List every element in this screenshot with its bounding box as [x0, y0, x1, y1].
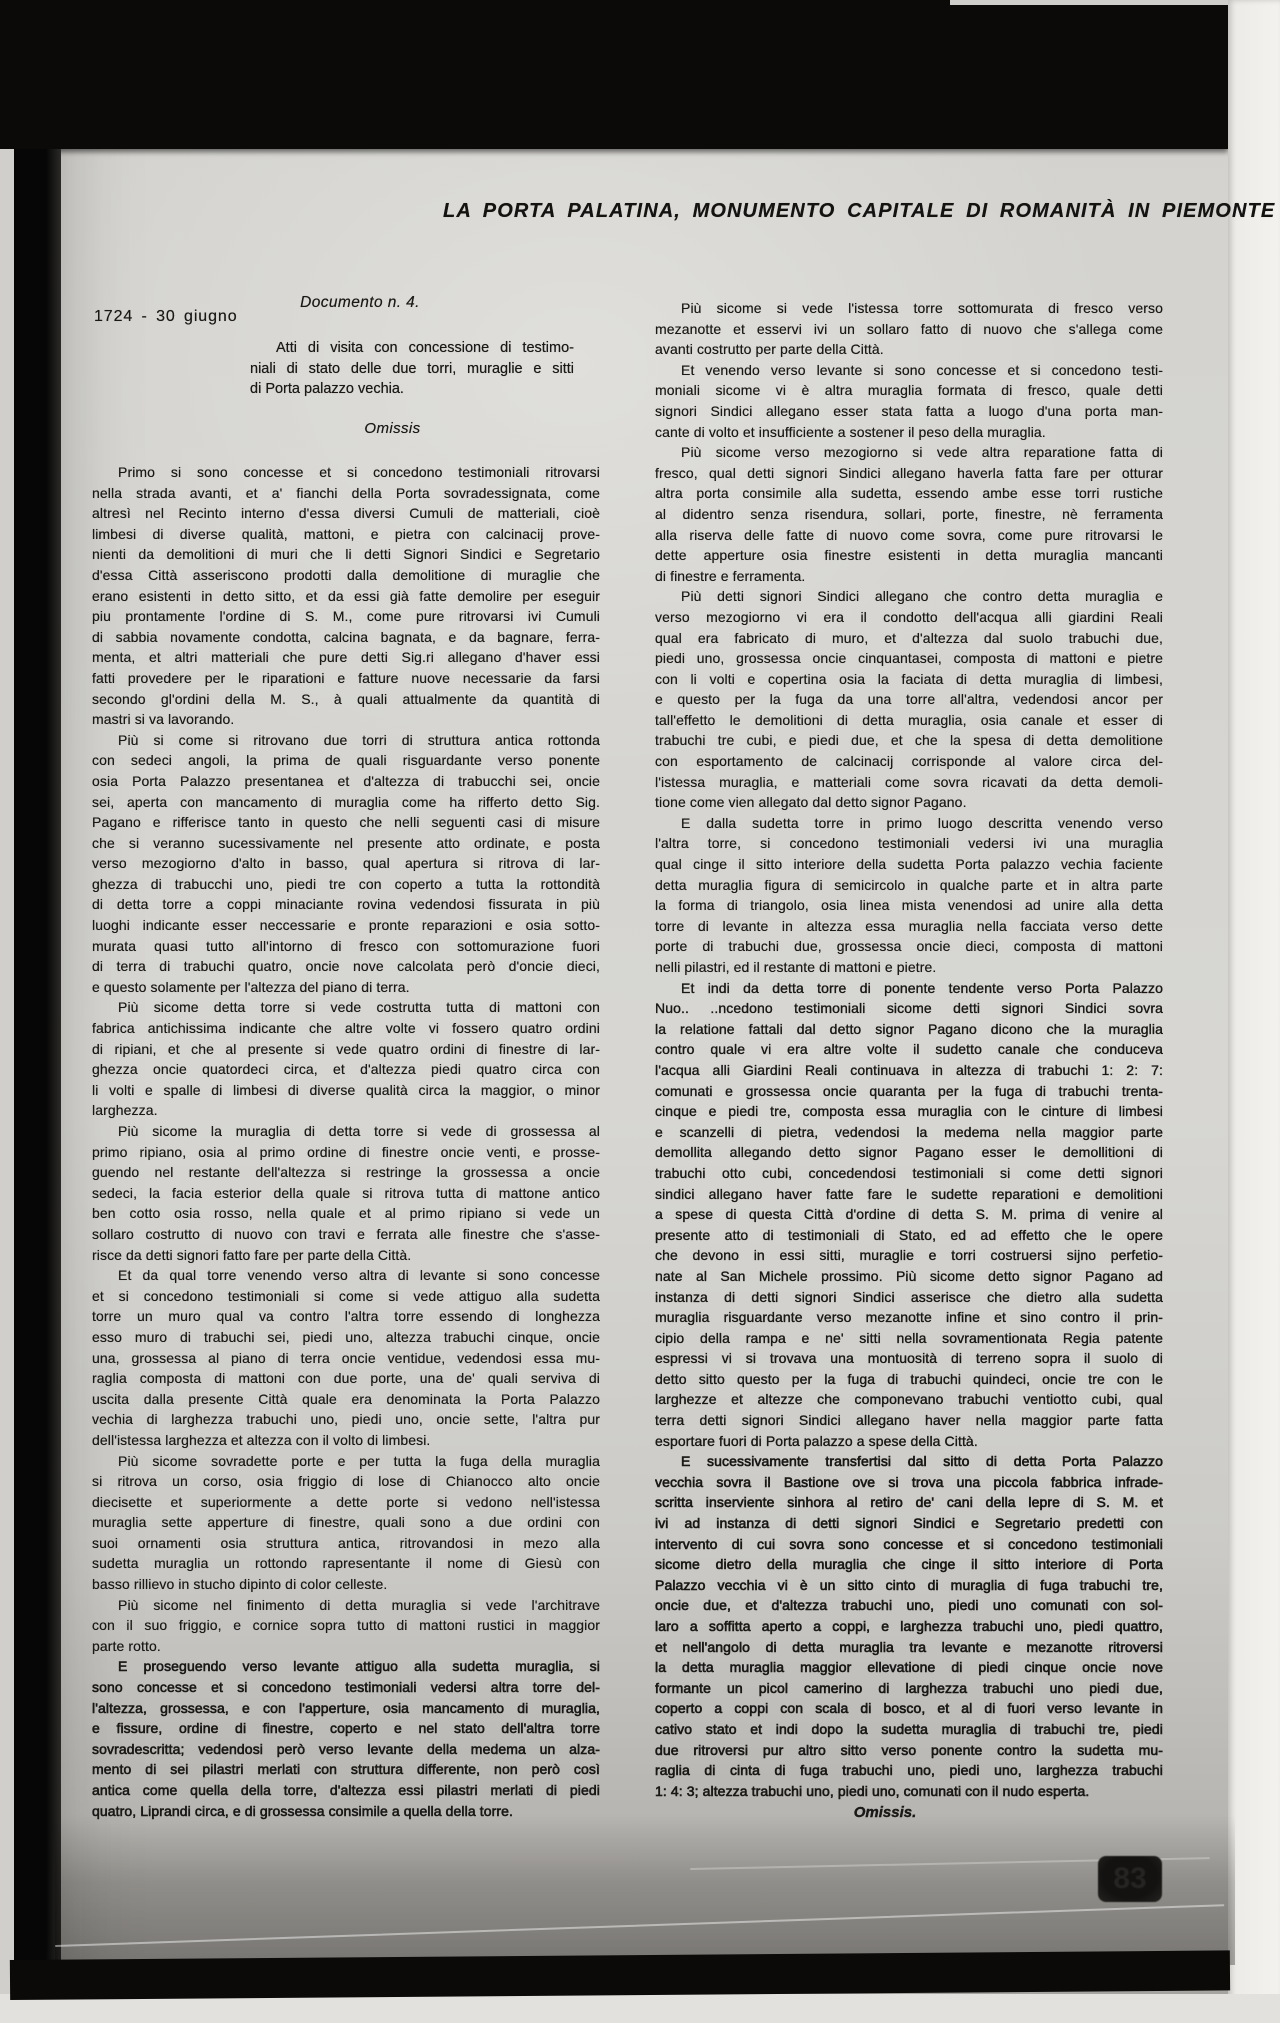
text-line: scritta inserviente sinhora al retiro de…: [655, 1492, 1163, 1513]
text-line: ghezza oncie quatordeci circa, et d'alte…: [92, 1059, 600, 1080]
text-line: la forma di triangolo, osia linea mista …: [655, 895, 1163, 916]
text-line: alla riserva delle fatte di nuovo come s…: [655, 525, 1163, 546]
book-gutter-shadow: [14, 149, 61, 1981]
text-line: ghezza di trabucchi uno, piedi tre con c…: [92, 874, 600, 895]
text-line: di Porta palazzo vechia.: [250, 379, 574, 400]
text-line: esportare fuori di Porta palazzo a spese…: [655, 1431, 1163, 1452]
text-line: fatti provedere per le riparationi e fat…: [92, 668, 600, 689]
text-line: intervento di cui sovra sono concesse et…: [655, 1534, 1163, 1555]
text-line: verso mezogiorno vi era il condotto dell…: [655, 607, 1163, 628]
text-line: vecchia sovra il Bastione ove si trova u…: [655, 1472, 1163, 1493]
text-line: raglia composta di mattoni con due porte…: [92, 1368, 600, 1389]
paragraph: Et da qual torre venendo verso altra di …: [92, 1265, 600, 1450]
text-line: muraglia sette apperture di finestre, qu…: [92, 1512, 600, 1533]
text-line: et si concedono testimoniali si come si …: [92, 1286, 600, 1307]
text-line: Più detti signori Sindici allegano che c…: [655, 586, 1163, 607]
text-line: altresì nel Recinto interno d'essa diver…: [92, 503, 600, 524]
paragraph: Più sicome detta torre si vede costrutta…: [92, 997, 600, 1121]
text-line: dette apperture osia finestre esistenti …: [655, 545, 1163, 566]
text-line: che devono in essi sitti, muraglie e tor…: [655, 1245, 1163, 1266]
text-line: cinque e piedi tre, composta essa muragl…: [655, 1101, 1163, 1122]
text-line: Et indi da detta torre di ponente tenden…: [655, 978, 1163, 999]
text-line: fresco, qual detti signori Sindici alleg…: [655, 463, 1163, 484]
paragraph: Primo si sono concesse et si concedono t…: [92, 462, 600, 730]
text-line: con sedeci angoli, la prima de quali ris…: [92, 750, 600, 771]
text-line: li volti e spalle di limbesi di diverse …: [92, 1080, 600, 1101]
text-line: fabrica antichissima indicante che altre…: [92, 1018, 600, 1039]
text-line: E proseguendo verso levante attiguo alla…: [92, 1656, 600, 1677]
text-line: di detta torre a coppi minaciante rovina…: [92, 894, 600, 915]
text-line: ivi ad instanza di detti signori Sindici…: [655, 1513, 1163, 1534]
text-line: qual cinge il sitto interiore della sude…: [655, 854, 1163, 875]
text-line: d'essa Città asseriscono prodotti dalla …: [92, 565, 600, 586]
text-line: ben cotto osia rosso, nella quale et al …: [92, 1203, 600, 1224]
text-line: uscita dalla presente Città quale era de…: [92, 1389, 600, 1410]
text-line: Più sicome verso mezogiorno si vede altr…: [655, 442, 1163, 463]
text-line: primo ripiano, osia al primo ordine di f…: [92, 1142, 600, 1163]
text-line: tall'effetto le demolitioni di detta mur…: [655, 710, 1163, 731]
text-line: di ripiani, et che al presente si vede q…: [92, 1039, 600, 1060]
text-line: muraglia risguardante verso mezanotte in…: [655, 1307, 1163, 1328]
text-line: e questo solamente per l'altezza del pia…: [92, 977, 600, 998]
text-line: demollita allegando detto signor Pagano …: [655, 1142, 1163, 1163]
text-line: cante di volto et insufficiente a sosten…: [655, 422, 1163, 443]
paragraph: Et venendo verso levante si sono concess…: [655, 360, 1163, 442]
text-line: moniali sicome vi è altra muraglia forma…: [655, 380, 1163, 401]
paragraph: Più sicome verso mezogiorno si vede altr…: [655, 442, 1163, 586]
text-line: l'istessa muraglia, e matteriali come so…: [655, 772, 1163, 793]
paragraph: Più sicome la muraglia di detta torre si…: [92, 1121, 600, 1265]
text-line: niali di stato delle due torri, muraglie…: [250, 359, 574, 380]
text-line: sei, aperta con mancamento di muraglia c…: [92, 792, 600, 813]
text-line: la detta muraglia maggior ellevatione di…: [655, 1657, 1163, 1678]
document-summary: Atti di visita con concessione di testim…: [250, 338, 574, 400]
text-line: l'altra torre, si concedono testimoniali…: [655, 833, 1163, 854]
text-line: Più sicome nel finimento di detta muragl…: [92, 1595, 600, 1616]
text-line: Et venendo verso levante si sono concess…: [655, 360, 1163, 381]
paragraph: Più sicome si vede l'istessa torre sotto…: [655, 298, 1163, 360]
paragraph: E dalla sudetta torre in primo luogo des…: [655, 813, 1163, 978]
text-line: e scanzelli di pietra, vedendosi la mede…: [655, 1122, 1163, 1143]
text-line: Palazzo vecchia vi è un sitto cinto di m…: [655, 1575, 1163, 1596]
text-line: instanza di detti signori Sindici asseri…: [655, 1287, 1163, 1308]
text-line: nate al San Michele prossimo. Più sicome…: [655, 1266, 1163, 1287]
left-column: Primo si sono concesse et si concedono t…: [92, 462, 600, 1821]
text-line: presente atto di testimoniali di Stato, …: [655, 1225, 1163, 1246]
photo-top-edge-sliver: [950, 0, 1228, 5]
text-line: si ritrova un corso, osia friggio di los…: [92, 1471, 600, 1492]
text-line: sollaro costrutto di nuovo con travi e f…: [92, 1224, 600, 1245]
text-line: torre di levante in altezza essa muragli…: [655, 916, 1163, 937]
text-line: nienti da demolitioni di muri che li det…: [92, 544, 600, 565]
text-line: larghezza.: [92, 1100, 600, 1121]
text-line: detto sitto questo per la fuga di trabuc…: [655, 1369, 1163, 1390]
text-line: guendo nel restante dell'altezza si rest…: [92, 1162, 600, 1183]
text-line: con esportamento de calcinacij corrispon…: [655, 751, 1163, 772]
text-line: luoghi indicante esser neccessarie e pro…: [92, 915, 600, 936]
text-line: antica come quella della torre, d'altezz…: [92, 1780, 600, 1801]
text-line: mento di sei pilastri merlati con strutt…: [92, 1759, 600, 1780]
page-number-badge: 83: [1098, 1856, 1162, 1902]
text-line: nelli pilastri, ed il restante di matton…: [655, 957, 1163, 978]
text-line: vechia di larghezza trabuchi uno, piedi …: [92, 1409, 600, 1430]
text-line: comunati e grossessa oncie quaranta per …: [655, 1081, 1163, 1102]
text-line: piu prontamente l'ordine di S. M., come …: [92, 606, 600, 627]
paragraph: Più sicome sovradette porte e per tutta …: [92, 1451, 600, 1595]
text-line: raglia di cinta di fuga trabuchi uno, pi…: [655, 1760, 1163, 1781]
text-line: 1: 4: 3; altezza trabuchi uno, piedi uno…: [655, 1781, 1163, 1802]
text-line: Primo si sono concesse et si concedono t…: [92, 462, 600, 483]
text-line: E dalla sudetta torre in primo luogo des…: [655, 813, 1163, 834]
text-line: la relatione fattali dal detto signor Pa…: [655, 1019, 1163, 1040]
text-line: signori Sindici allegano esser stata fat…: [655, 401, 1163, 422]
text-line: di sabbia novamente condotta, calcina ba…: [92, 627, 600, 648]
text-line: coperto a coppi con scala di bosco, et a…: [655, 1698, 1163, 1719]
text-line: porte di trabuchi due, grossessa oncie d…: [655, 936, 1163, 957]
document-number: Documento n. 4.: [170, 294, 550, 312]
text-line: mastri si va lavorando.: [92, 709, 600, 730]
text-line: di finestre e ferramenta.: [655, 566, 1163, 587]
text-line: e questo per la fuga da una torre all'al…: [655, 689, 1163, 710]
text-line: larghezze et altezze che componevano tra…: [655, 1389, 1163, 1410]
text-line: piedi uno, grossessa oncie cinquantasei,…: [655, 648, 1163, 669]
text-line: di terra di trabuchi quatro, oncie nove …: [92, 956, 600, 977]
text-line: trabuchi otto cubi, concedendosi testimo…: [655, 1163, 1163, 1184]
text-line: e fissure, ordine di finestre, coperto e…: [92, 1718, 600, 1739]
text-line: diecisette et superiormente a dette port…: [92, 1492, 600, 1513]
text-line: Et da qual torre venendo verso altra di …: [92, 1265, 600, 1286]
text-line: Più si come si ritrovano due torri di st…: [92, 730, 600, 751]
text-line: Più sicome detta torre si vede costrutta…: [92, 997, 600, 1018]
text-line: menta, et altri matteriali che pure dett…: [92, 647, 600, 668]
text-line: tione come vien allegato dal detto signo…: [655, 792, 1163, 813]
text-line: con il suo friggio, e cornice sopra tutt…: [92, 1615, 600, 1636]
text-line: altra porta consimile alla sudetta, esse…: [655, 483, 1163, 504]
omissis-marker-top: Omissis: [250, 420, 535, 437]
text-line: basso rillievo in stucho dipinto di colo…: [92, 1574, 600, 1595]
text-line: Più sicome si vede l'istessa torre sotto…: [655, 298, 1163, 319]
text-line: erano esistenti in detto sitto, et da es…: [92, 586, 600, 607]
text-line: sovradescritta; vedendosi però verso lev…: [92, 1739, 600, 1760]
text-line: secondo gl'ordini della M. S., à quali a…: [92, 689, 600, 710]
text-line: risce da detti signori fatto fare per pa…: [92, 1245, 600, 1266]
text-line: qual era fabricato di muro, et d'altezza…: [655, 628, 1163, 649]
text-line: formante un picol camerino di larghezza …: [655, 1678, 1163, 1699]
text-line: sicome dietro della muraglia che cinge i…: [655, 1554, 1163, 1575]
text-line: con li volti e copertina osia la faciata…: [655, 669, 1163, 690]
text-line: esso muro di trabuchi sei, piedi uno, al…: [92, 1327, 600, 1348]
text-line: osia Porta Palazzo presentanea et d'alte…: [92, 771, 600, 792]
text-line: sedeci, la facia esterior della quale si…: [92, 1183, 600, 1204]
text-line: E sucessivamente transfertisi dal sitto …: [655, 1451, 1163, 1472]
text-line: cativo stato et indi dopo la sudetta mur…: [655, 1719, 1163, 1740]
right-column: Più sicome si vede l'istessa torre sotto…: [655, 298, 1163, 1801]
text-line: trabuchi tre cubi, e piedi due, et che l…: [655, 730, 1163, 751]
text-line: Pagano e rifferisce tanto in questo che …: [92, 812, 600, 833]
text-line: sudetta muraglia un rottondo rapresentan…: [92, 1553, 600, 1574]
paragraph: Più si come si ritrovano due torri di st…: [92, 730, 600, 998]
paragraph: Et indi da detta torre di ponente tenden…: [655, 978, 1163, 1452]
text-line: quatro, Liprandi circa, e di grossessa c…: [92, 1801, 600, 1822]
paragraph: Più sicome nel finimento di detta muragl…: [92, 1595, 600, 1657]
text-line: limbesi di diverse qualità, mattoni, e p…: [92, 524, 600, 545]
text-line: terra detti signori Sindici allegano hav…: [655, 1410, 1163, 1431]
text-line: torre un muro qual va contro l'altra tor…: [92, 1306, 600, 1327]
paragraph: Atti di visita con concessione di testim…: [250, 338, 574, 400]
text-line: murata quasi tutto all'intorno di fresco…: [92, 936, 600, 957]
text-line: laro a soffitta aperto a coppi, e larghe…: [655, 1616, 1163, 1637]
text-line: detta muraglia figura di semicircolo in …: [655, 875, 1163, 896]
text-line: oncie due, et d'altezza trabuchi uno, pi…: [655, 1595, 1163, 1616]
text-line: Atti di visita con concessione di testim…: [250, 338, 574, 359]
omissis-marker-bottom: Omissis.: [655, 1804, 1115, 1821]
text-line: a spese di questa Città d'ordine di dett…: [655, 1204, 1163, 1225]
text-line: l'acqua alli Giardini Reali continuava i…: [655, 1060, 1163, 1081]
page-left-edge: [0, 149, 14, 2023]
paragraph: E sucessivamente transfertisi dal sitto …: [655, 1451, 1163, 1801]
text-line: sono concesse et si concedono testimonia…: [92, 1677, 600, 1698]
text-line: al didentro senza risendura, sollari, po…: [655, 504, 1163, 525]
text-line: due ritroversi pur altro sitto verso pon…: [655, 1740, 1163, 1761]
text-line: espressi vi si trovava una montuosità di…: [655, 1348, 1163, 1369]
text-line: verso mezogiorno d'alto in basso, qual a…: [92, 853, 600, 874]
page-right-edge: [1228, 0, 1280, 2023]
paragraph: Più detti signori Sindici allegano che c…: [655, 586, 1163, 813]
paragraph: E proseguendo verso levante attiguo alla…: [92, 1656, 600, 1821]
text-line: una, grossessa al piano di terra oncie v…: [92, 1348, 600, 1369]
photo-top-black-band: [0, 0, 1228, 149]
page-title: LA PORTA PALATINA, MONUMENTO CAPITALE DI…: [443, 200, 1203, 223]
text-line: contro quale vi era altre volte il sudet…: [655, 1039, 1163, 1060]
text-line: mezanotte et esservi ivi un sollaro fatt…: [655, 319, 1163, 340]
text-line: avanti costrutto per parte della Città.: [655, 339, 1163, 360]
text-line: l'altezza, grossessa, e con l'apperture,…: [92, 1698, 600, 1719]
text-line: che si veranno sucessivamente nel presen…: [92, 833, 600, 854]
text-line: cipio della rampa e ne' sitti nella sovr…: [655, 1328, 1163, 1349]
text-line: Nuo.. ..ncedono testimoniali sicome dett…: [655, 998, 1163, 1019]
text-line: Più sicome la muraglia di detta torre si…: [92, 1121, 600, 1142]
text-line: et nell'angolo di detta muraglia tra lev…: [655, 1637, 1163, 1658]
text-line: nella strada avanti, et a' fianchi della…: [92, 483, 600, 504]
text-line: parte rotto.: [92, 1636, 600, 1657]
scanned-page: LA PORTA PALATINA, MONUMENTO CAPITALE DI…: [0, 0, 1280, 2023]
text-line: sindici allegano haver fatte fare le sud…: [655, 1184, 1163, 1205]
text-line: Più sicome sovradette porte e per tutta …: [92, 1451, 600, 1472]
text-line: suoi ornamenti osia struttura antica, ri…: [92, 1533, 600, 1554]
text-line: dell'istessa larghezza et altezza con il…: [92, 1430, 600, 1451]
